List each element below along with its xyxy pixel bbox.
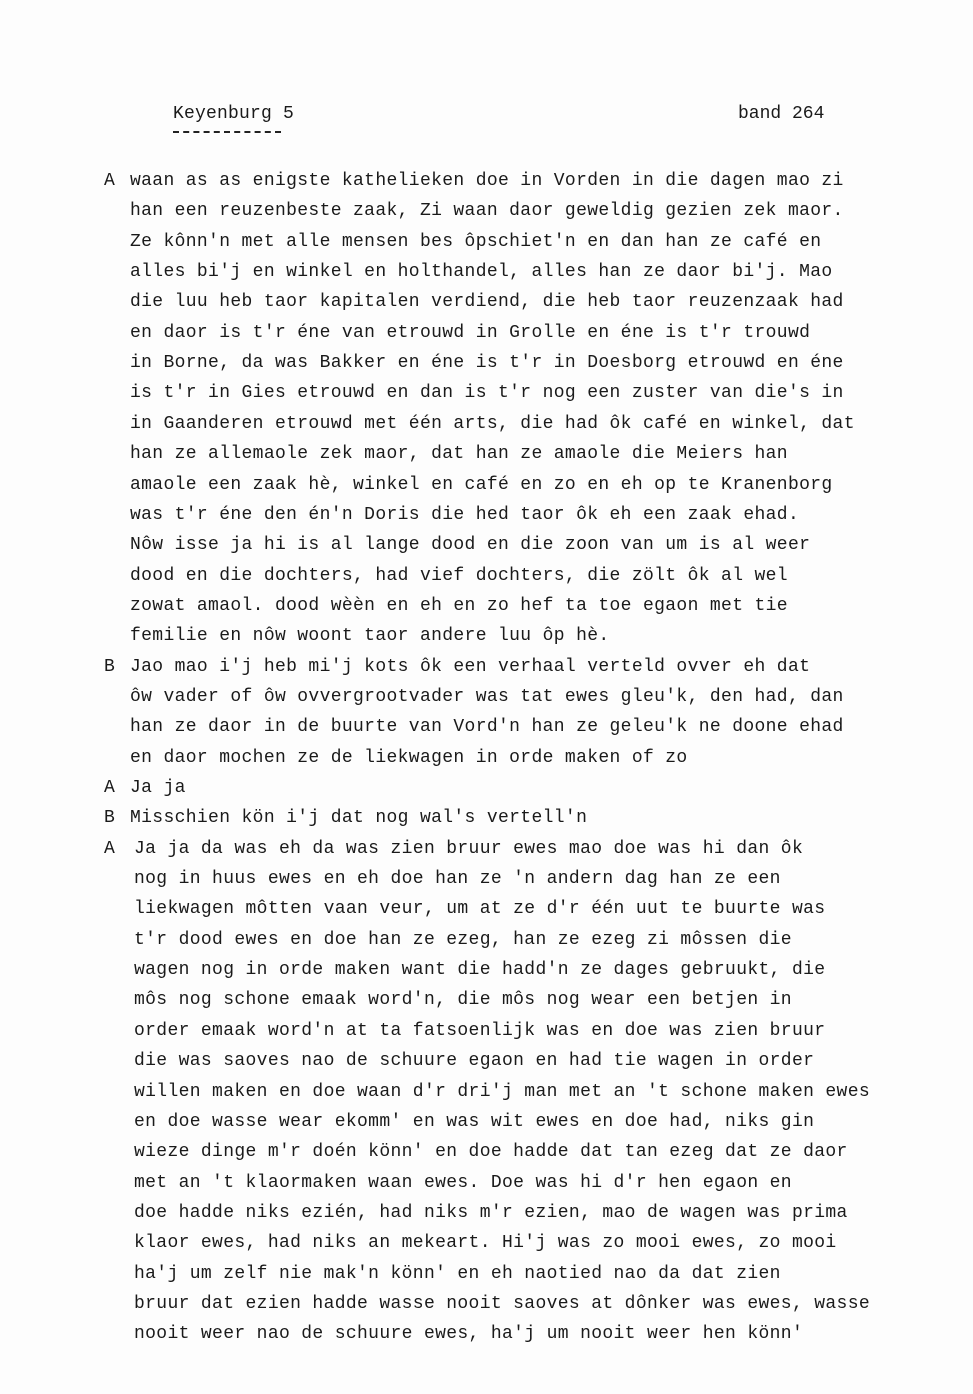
- transcript-line: en daor mochen ze de liekwagen in orde m…: [130, 747, 688, 769]
- speaker-label: A: [104, 170, 115, 192]
- speaker-label: A: [104, 838, 115, 860]
- transcript-line: in Gaanderen etrouwd met één arts, die h…: [130, 413, 855, 435]
- transcript-line: han ze allemaole zek maor, dat han ze am…: [130, 443, 788, 465]
- transcript-line: han ze daor in de buurte van Vord'n han …: [130, 716, 844, 738]
- transcript-line: die was saoves nao de schuure egaon en h…: [134, 1050, 814, 1072]
- transcript-line: Ja ja da was eh da was zien bruur ewes m…: [134, 838, 803, 860]
- transcript-line: Ze kônn'n met alle mensen bes ôpschiet'n…: [130, 231, 821, 253]
- transcript-line: met an 't klaormaken waan ewes. Doe was …: [134, 1172, 792, 1194]
- transcript-line: nooit weer nao de schuure ewes, ha'j um …: [134, 1323, 803, 1345]
- transcript-line: Nôw isse ja hi is al lange dood en die z…: [130, 534, 810, 556]
- transcript-line: femilie en nôw woont taor andere luu ôp …: [130, 625, 610, 647]
- transcript-line: en daor is t'r éne van etrouwd in Grolle…: [130, 322, 810, 344]
- document-title: Keyenburg 5: [173, 104, 294, 124]
- transcript-line: bruur dat ezien hadde wasse nooit saoves…: [134, 1293, 870, 1315]
- transcript-line: en doe wasse wear ekomm' en was wit ewes…: [134, 1111, 814, 1133]
- transcript-line: order emaak word'n at ta fatsoenlijk was…: [134, 1020, 825, 1042]
- transcript-line: amaole een zaak hè, winkel en café en zo…: [130, 474, 833, 496]
- transcript-line: Misschien kön i'j dat nog wal's vertell'…: [130, 807, 587, 829]
- transcript-line: alles bi'j en winkel en holthandel, alle…: [130, 261, 833, 283]
- speaker-label: B: [104, 656, 115, 678]
- transcript-line: dood en die dochters, had vief dochters,…: [130, 565, 788, 587]
- typewritten-transcript-page: Keyenburg 5 band 264 Awaan as as enigste…: [0, 0, 973, 1394]
- transcript-line: nog in huus ewes en eh doe han ze 'n and…: [134, 868, 781, 890]
- transcript-line: in Borne, da was Bakker en éne is t'r in…: [130, 352, 844, 374]
- transcript-line: môs nog schone emaak word'n, die môs nog…: [134, 989, 792, 1011]
- speaker-label: B: [104, 807, 115, 829]
- transcript-line: ha'j um zelf nie mak'n könn' en eh naoti…: [134, 1263, 781, 1285]
- transcript-line: is t'r in Gies etrouwd en dan is t'r nog…: [130, 382, 844, 404]
- transcript-line: doe hadde niks ezién, had niks m'r ezien…: [134, 1202, 848, 1224]
- transcript-line: wieze dinge m'r doén könn' en doe hadde …: [134, 1141, 848, 1163]
- transcript-line: t'r dood ewes en doe han ze ezeg, han ze…: [134, 929, 792, 951]
- tape-number: band 264: [738, 104, 824, 124]
- transcript-line: was t'r éne den én'n Doris die hed taor …: [130, 504, 799, 526]
- transcript-line: klaor ewes, had niks an mekeart. Hi'j wa…: [134, 1232, 837, 1254]
- speaker-label: A: [104, 777, 115, 799]
- transcript-line: waan as as enigste kathelieken doe in Vo…: [130, 170, 844, 192]
- title-underline: [173, 131, 281, 133]
- transcript-line: die luu heb taor kapitalen verdiend, die…: [130, 291, 844, 313]
- transcript-line: zowat amaol. dood wèèn en eh en zo hef t…: [130, 595, 788, 617]
- transcript-line: Jao mao i'j heb mi'j kots ôk een verhaal…: [130, 656, 810, 678]
- transcript-line: Ja ja: [130, 777, 186, 799]
- transcript-line: willen maken en doe waan d'r dri'j man m…: [134, 1081, 870, 1103]
- transcript-line: wagen nog in orde maken want die hadd'n …: [134, 959, 825, 981]
- transcript-line: ôw vader of ôw ovvergrootvader was tat e…: [130, 686, 844, 708]
- transcript-line: han een reuzenbeste zaak, Zi waan daor g…: [130, 200, 844, 222]
- transcript-line: liekwagen môtten vaan veur, um at ze d'r…: [134, 898, 825, 920]
